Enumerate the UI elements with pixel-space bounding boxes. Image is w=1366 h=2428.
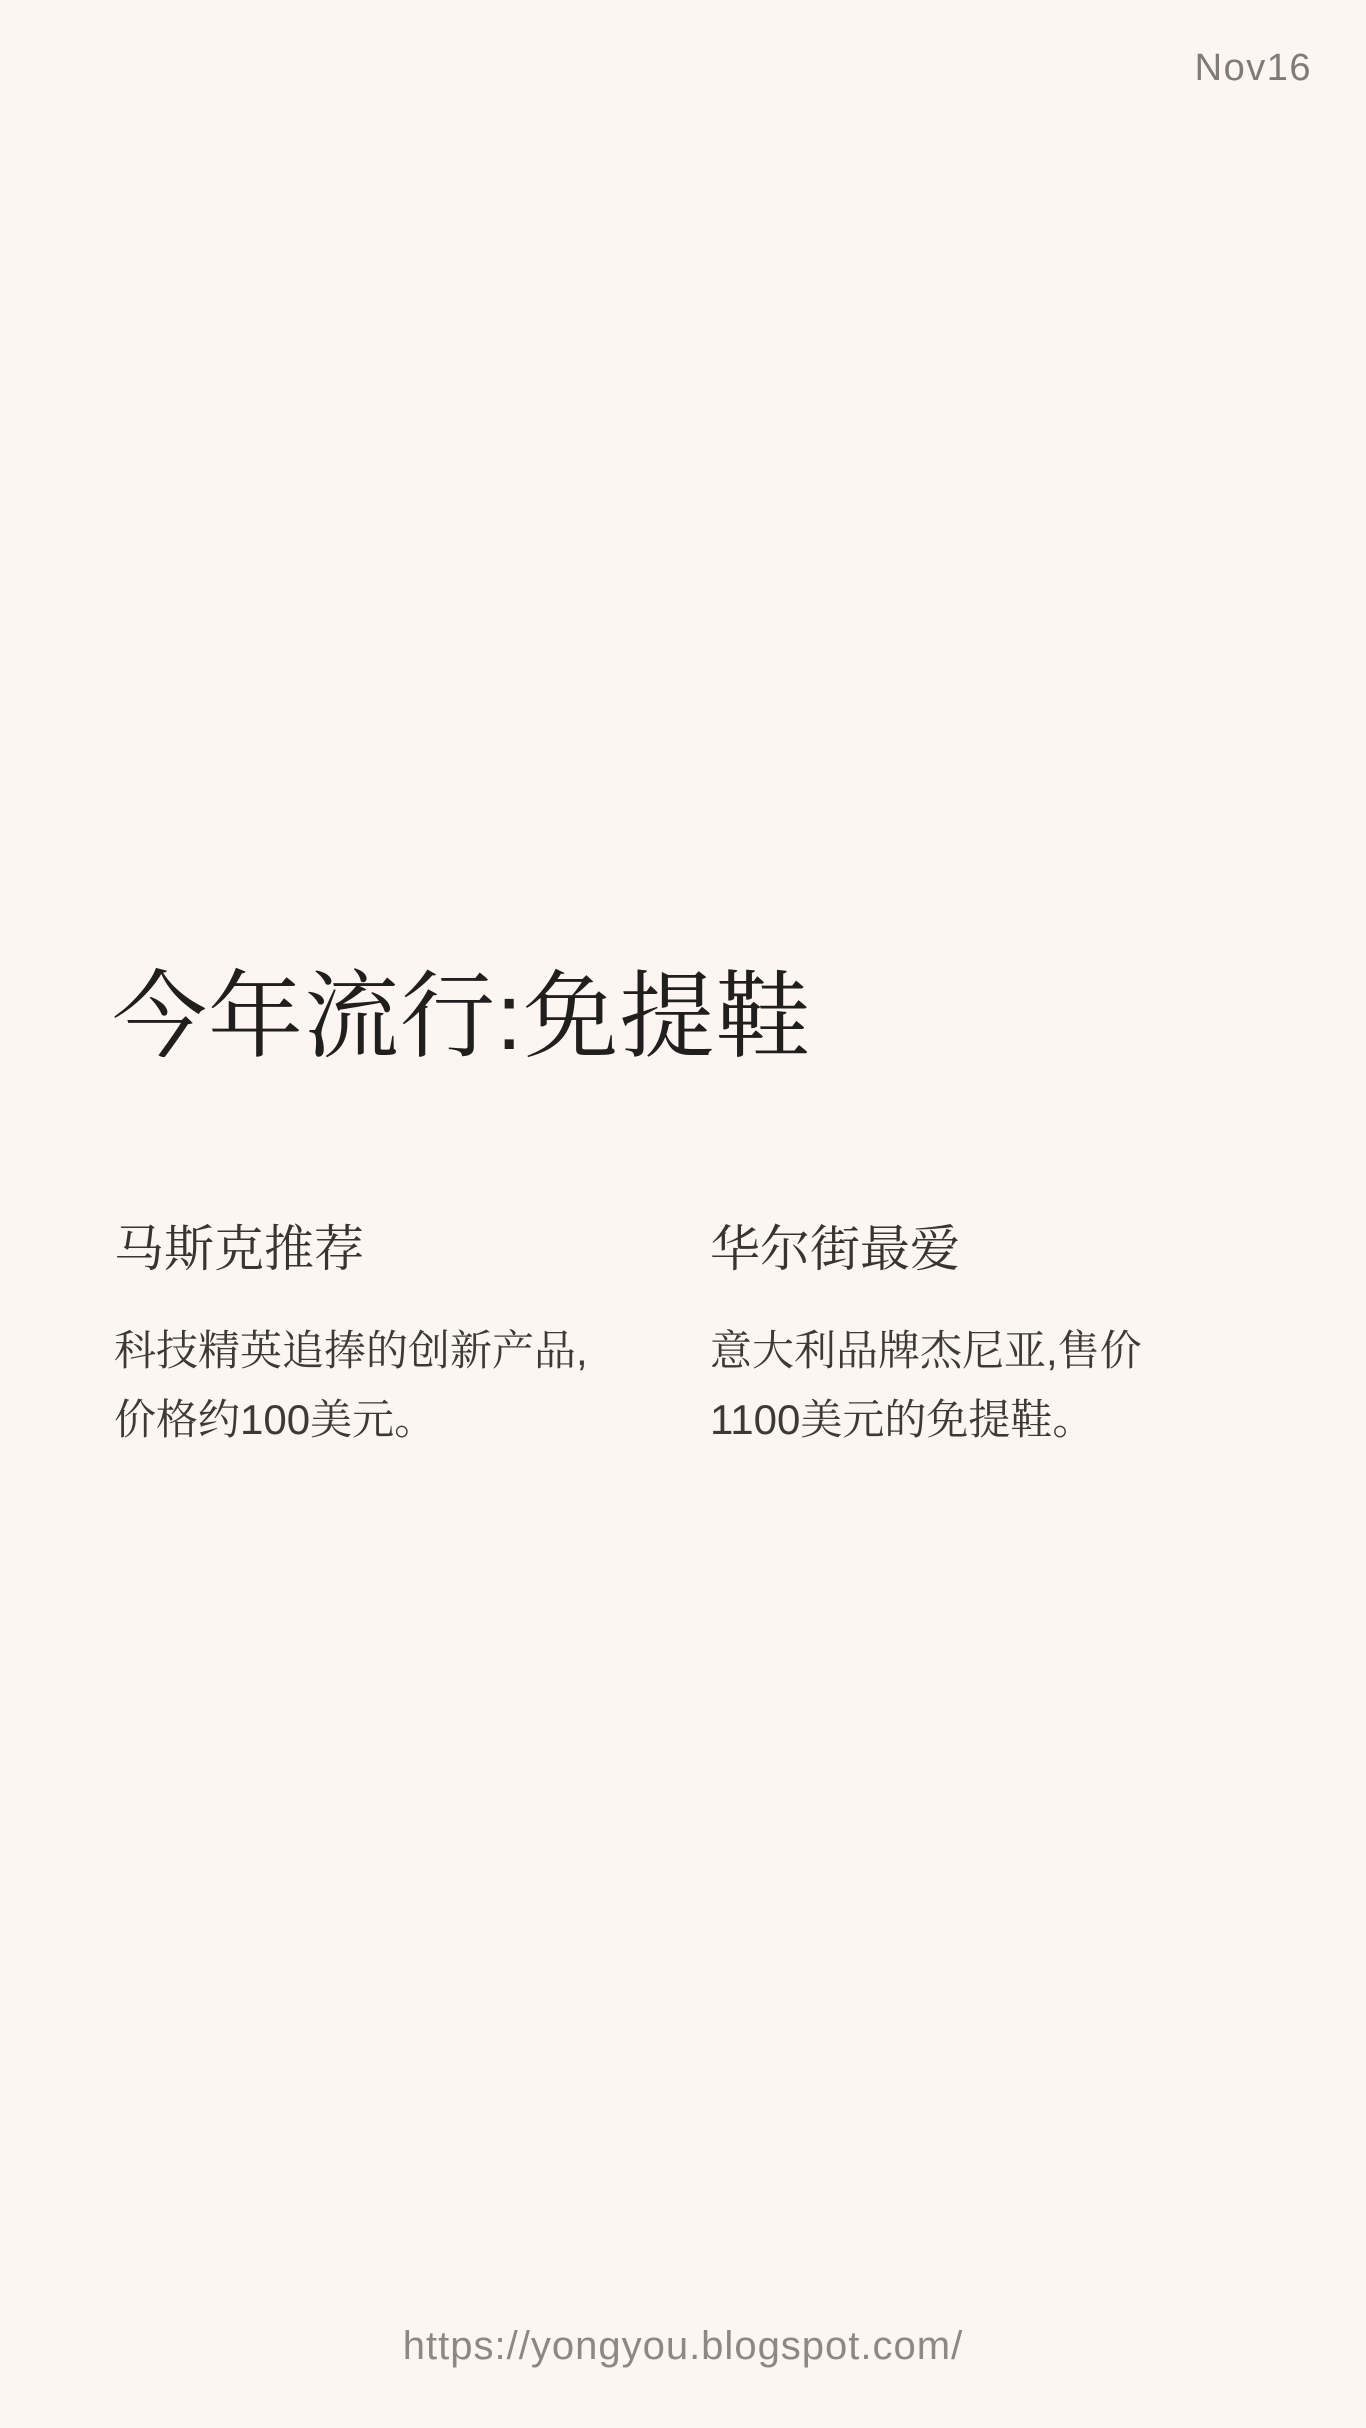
column-wall-street-favorite: 华尔街最爱 意大利品牌杰尼亚,售价 1100美元的免提鞋。 <box>710 1218 1192 1454</box>
page-root: Nov16 今年流行:免提鞋 马斯克推荐 科技精英追捧的创新产品, 价格约100… <box>0 0 1366 2428</box>
column-body: 科技精英追捧的创新产品, 价格约100美元。 <box>114 1316 596 1454</box>
date-label: Nov16 <box>1195 48 1312 90</box>
column-musk-recommend: 马斯克推荐 科技精英追捧的创新产品, 价格约100美元。 <box>114 1218 596 1454</box>
column-body-line: 价格约100美元。 <box>114 1385 596 1454</box>
column-title: 华尔街最爱 <box>710 1218 1192 1280</box>
column-body-line: 科技精英追捧的创新产品, <box>114 1316 596 1385</box>
columns-section: 马斯克推荐 科技精英追捧的创新产品, 价格约100美元。 华尔街最爱 意大利品牌… <box>114 1218 1192 1454</box>
footer-url: https://yongyou.blogspot.com/ <box>0 2322 1366 2370</box>
column-body-line: 意大利品牌杰尼亚,售价 <box>710 1316 1192 1385</box>
column-body: 意大利品牌杰尼亚,售价 1100美元的免提鞋。 <box>710 1316 1192 1454</box>
page-title: 今年流行:免提鞋 <box>112 958 811 1077</box>
column-body-line: 1100美元的免提鞋。 <box>710 1385 1192 1454</box>
column-title: 马斯克推荐 <box>114 1218 596 1280</box>
